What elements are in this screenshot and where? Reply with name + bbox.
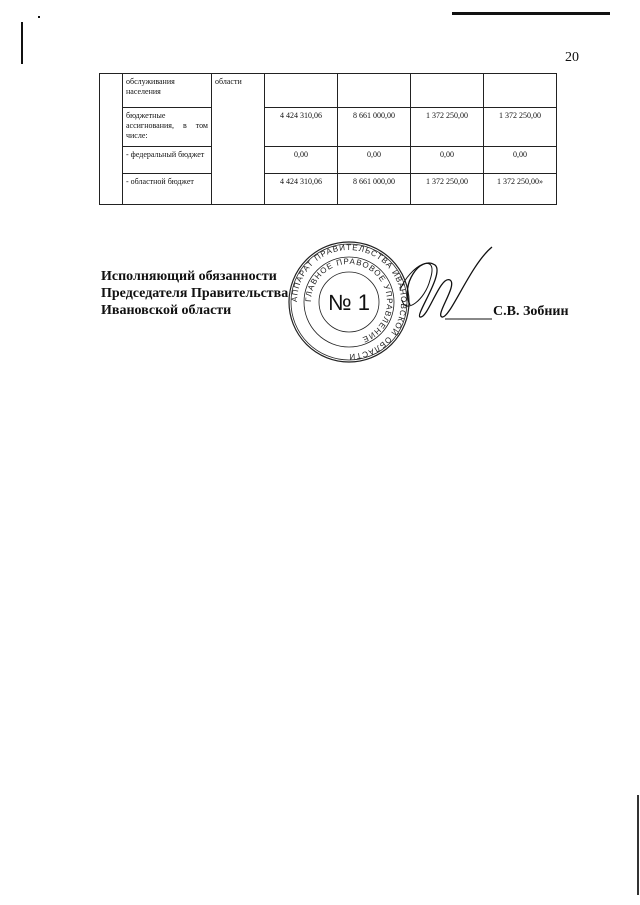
signatory-title: Исполняющий обязанности Председателя Пра… <box>101 268 288 319</box>
scan-right-edge-mark <box>637 795 639 895</box>
table-cell-source: области <box>212 74 265 205</box>
signatory-line-2: Председателя Правительства <box>101 285 288 302</box>
table-cell-index <box>100 74 123 205</box>
scan-top-rule <box>452 12 610 15</box>
table-cell-value: 4 424 310,06 <box>265 174 338 205</box>
table-cell-value <box>338 74 411 108</box>
table-cell-value: 0,00 <box>484 147 557 174</box>
table-cell-label: бюджетные ассигнования, в том числе: <box>123 108 212 147</box>
table-row: - областной бюджет 4 424 310,06 8 661 00… <box>100 174 557 205</box>
signer-name: С.В. Зобнин <box>493 304 569 320</box>
table-cell-value: 8 661 000,00 <box>338 174 411 205</box>
budget-table: обслуживания населения области бюджетные… <box>99 73 557 205</box>
table-cell-label: обслуживания населения <box>123 74 212 108</box>
table-cell-value: 1 372 250,00 <box>484 108 557 147</box>
table-cell-value <box>265 74 338 108</box>
table-row: бюджетные ассигнования, в том числе: 4 4… <box>100 108 557 147</box>
table-cell-value: 0,00 <box>338 147 411 174</box>
page-number: 20 <box>565 50 579 66</box>
table-cell-value: 1 372 250,00» <box>484 174 557 205</box>
table-cell-value <box>411 74 484 108</box>
table-cell-value <box>484 74 557 108</box>
signatory-line-1: Исполняющий обязанности <box>101 268 288 285</box>
handwritten-signature-icon <box>380 245 500 325</box>
table-cell-label: - федеральный бюджет <box>123 147 212 174</box>
table-cell-value: 0,00 <box>265 147 338 174</box>
table-cell-value: 8 661 000,00 <box>338 108 411 147</box>
table-row: обслуживания населения области <box>100 74 557 108</box>
table-row: - федеральный бюджет 0,00 0,00 0,00 0,00 <box>100 147 557 174</box>
table-cell-label: - областной бюджет <box>123 174 212 205</box>
scan-speck <box>38 16 40 18</box>
table-cell-value: 1 372 250,00 <box>411 108 484 147</box>
table-cell-value: 4 424 310,06 <box>265 108 338 147</box>
signatory-line-3: Ивановской области <box>101 302 288 319</box>
table-cell-value: 1 372 250,00 <box>411 174 484 205</box>
scan-left-edge-mark <box>21 22 23 64</box>
table-cell-value: 0,00 <box>411 147 484 174</box>
stamp-number: № 1 <box>328 290 370 315</box>
